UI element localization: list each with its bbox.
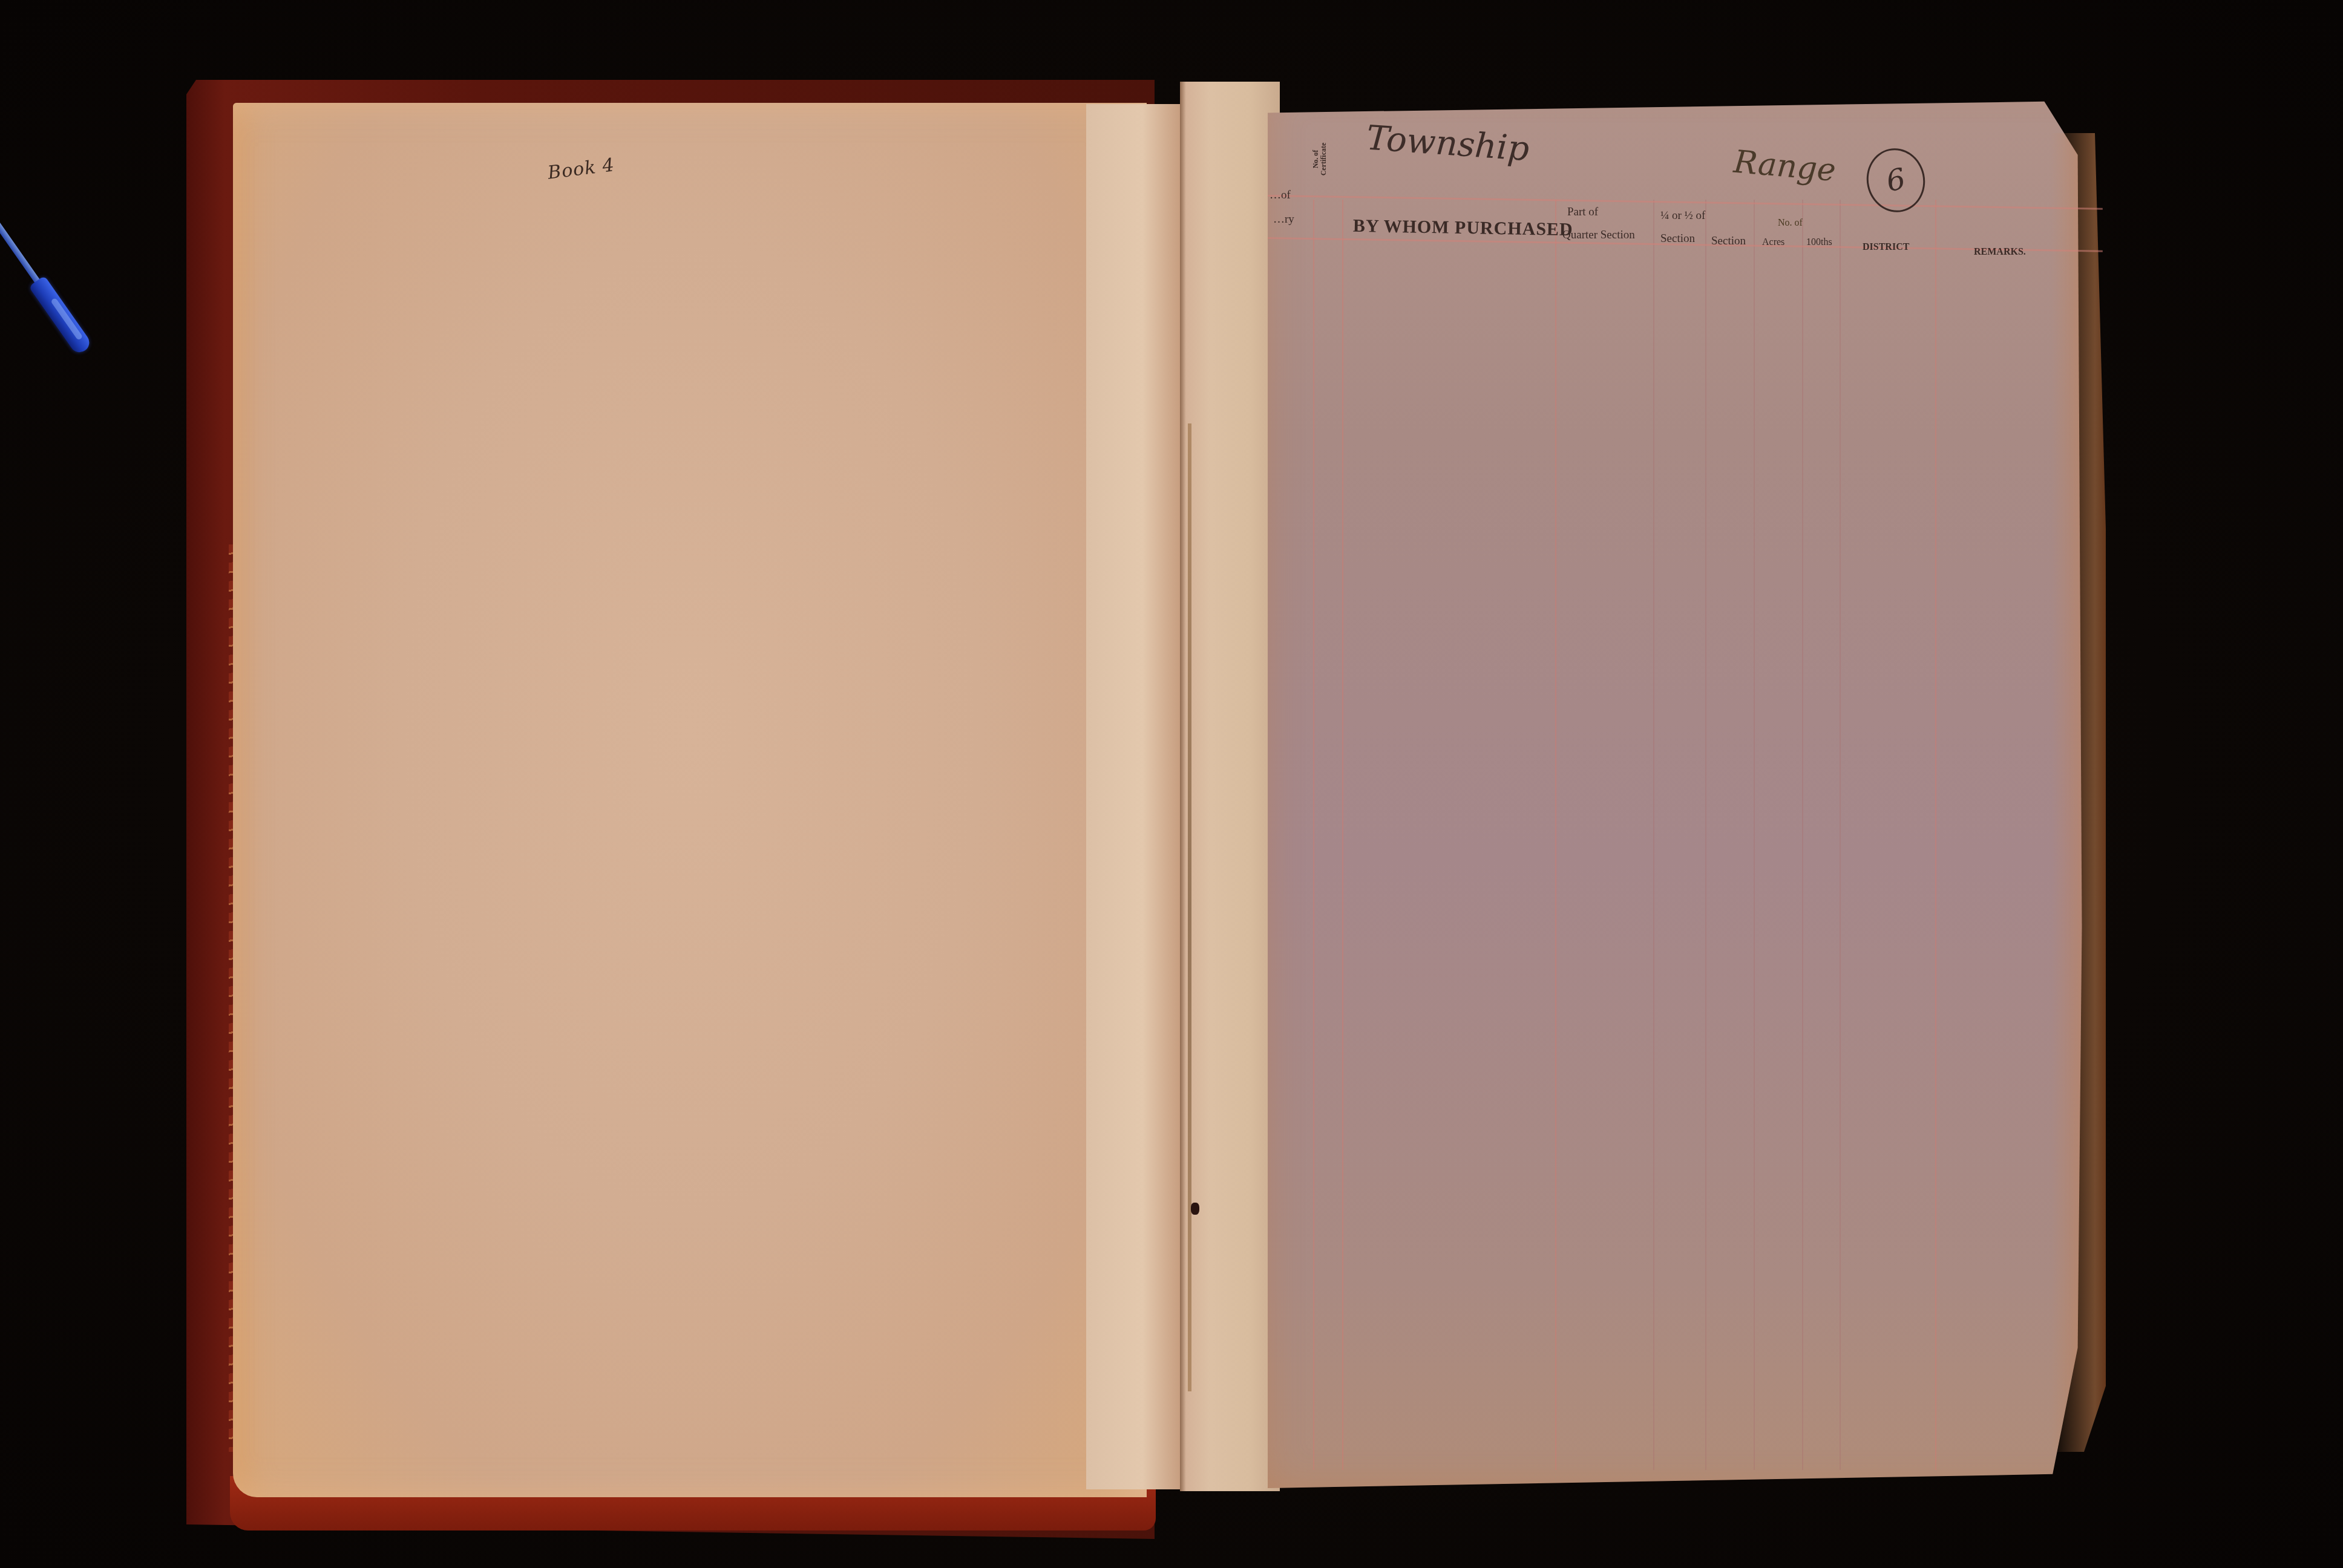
col-header-fraction-of: ¼ or ½ of <box>1660 209 1705 223</box>
column-rule <box>1653 200 1654 1470</box>
col-header-acres: Acres <box>1762 237 1784 248</box>
book-gutter-spine <box>1180 82 1280 1491</box>
range-number: 6 <box>1883 162 1909 198</box>
column-rule <box>1840 200 1841 1470</box>
column-rule <box>1802 200 1803 1470</box>
left-page-fold <box>1086 104 1180 1489</box>
ledger-page-edge <box>2051 133 2106 1452</box>
col-header-section-b: Section <box>1711 235 1746 248</box>
column-rule <box>1935 200 1936 1470</box>
col-header-by-whom-purchased: BY WHOM PURCHASED <box>1353 216 1573 240</box>
col-header-truncated-top: …of <box>1270 189 1291 202</box>
col-header-remarks: REMARKS. <box>1974 247 2026 258</box>
col-header-section-a: Section <box>1660 232 1695 246</box>
left-page-blank <box>233 103 1147 1497</box>
column-rule <box>1705 200 1706 1470</box>
col-header-truncated-bottom: …ry <box>1273 213 1294 226</box>
column-rule <box>1754 200 1755 1470</box>
column-rule <box>1555 200 1556 1470</box>
col-header-quarter-section: Quarter Section <box>1562 229 1635 242</box>
col-header-certificate-number: No. of Certificate <box>1312 126 1332 192</box>
col-header-part-of: Part of <box>1567 206 1598 219</box>
col-header-district: DISTRICT <box>1863 242 1909 253</box>
ledger-page <box>1268 85 2103 1488</box>
col-header-no-of: No. of <box>1778 218 1803 229</box>
column-rule <box>1313 200 1314 1470</box>
gutter-crease <box>1188 423 1191 1391</box>
col-header-certificate-line2: Certificate <box>1320 126 1328 192</box>
gutter-ink-spot <box>1191 1203 1199 1215</box>
column-rule <box>1342 200 1343 1470</box>
col-header-hundredths: 100ths <box>1806 237 1832 248</box>
